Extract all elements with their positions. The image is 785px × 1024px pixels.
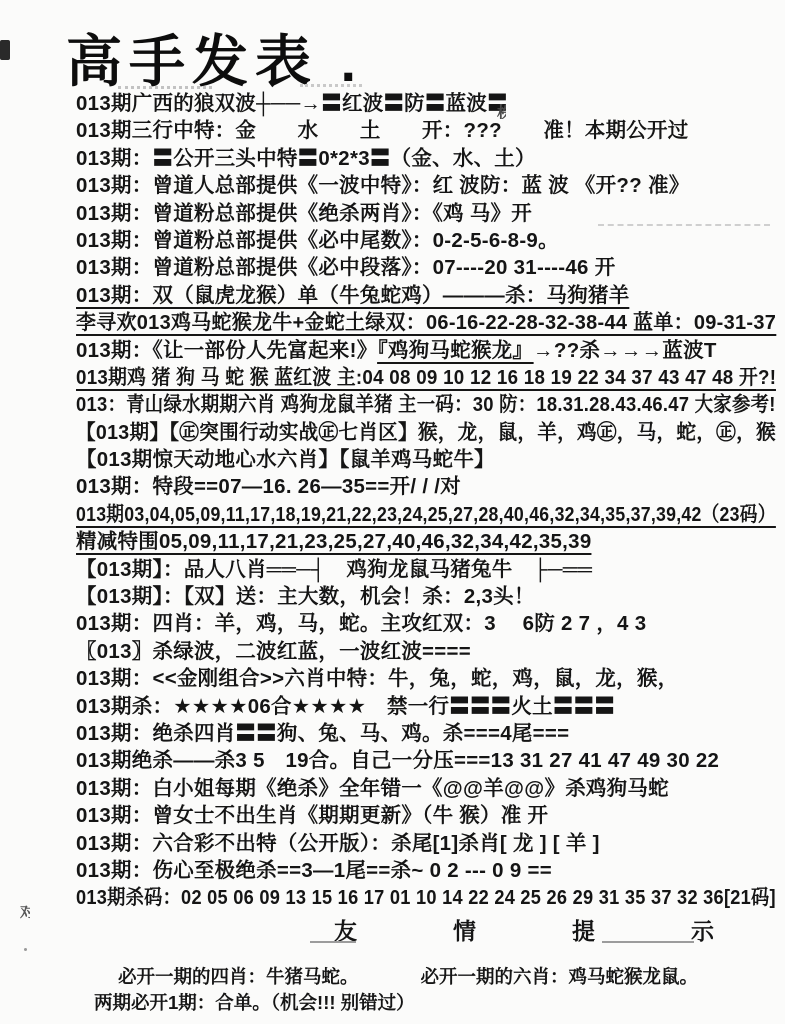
line-text: 013期：《让一部份人先富起来!》 xyxy=(76,339,377,362)
text-line: 013期：〓公开三头中特〓0*2*3〓（金、水、土） xyxy=(76,145,776,172)
note-both-periods: 两期必开1期：合单。（机会!!! 别错过） xyxy=(76,989,778,1015)
clipped-glyph-artifact: 对 xyxy=(20,901,30,920)
line-text: 013期广西的狼双波┼──→〓红波〓防〓蓝波〓 xyxy=(76,92,508,115)
text-line: 〖013〗杀绿波，二波红蓝，一波红波==== xyxy=(76,638,776,665)
text-line: 013期杀码：02 05 06 09 13 15 16 17 01 10 14 … xyxy=(76,884,699,911)
notice-row: 必开一期的四肖：牛猪马蛇。必开一期的六肖：鸡马蛇猴龙鼠。 xyxy=(76,963,778,989)
line-text: 013期：曾道粉总部提供《必中尾数》：0-2-5-6-8-9。 xyxy=(76,229,559,252)
text-line: 013期：曾道人总部提供《一波中特》：红 波防：蓝 波 《开?? 准》 xyxy=(76,172,776,199)
friendly-notice-title: 友情提示 xyxy=(76,913,778,947)
line-text: 〖013〗杀绿波，二波红蓝，一波红波==== xyxy=(76,640,471,663)
scan-speck-artifact xyxy=(24,948,27,951)
line-text: 【013期惊天动地心水六肖】【鼠羊鸡马蛇牛】 xyxy=(76,448,495,471)
scan-page: 高手发表 . 013期广西的狼双波┼──→〓红波〓防〓蓝波〓013期三行中特：金… xyxy=(0,0,785,1024)
line-text: 013：青山绿水期期六肖 鸡狗龙鼠羊猪 主一码：30 防：18.31.28.43… xyxy=(76,393,776,416)
text-line: 李寻欢013鸡马蛇猴龙牛+金蛇土绿双：06-16-22-28-32-38-44 … xyxy=(76,309,760,336)
text-line: 013期：双（鼠虎龙猴）单（牛兔蛇鸡）———杀：马狗猪羊 xyxy=(76,282,776,309)
underlined-text: 013期03,04,05,09,11,17,18,19,21,22,23,24,… xyxy=(76,503,776,528)
text-line: 013期：曾道粉总部提供《必中段落》：07----20 31----46 开 xyxy=(76,254,776,281)
text-line: 【013期】【㊣突围行动实战㊣七肖区】猴，龙，鼠，羊，鸡㊣，马，蛇，㊣，猴 xyxy=(76,419,747,446)
text-line: 013期：曾道粉总部提供《绝杀两肖》：《鸡 马》开 xyxy=(76,200,776,227)
line-text: 013期：<<金刚组合>>六肖中特：牛，兔，蛇，鸡，鼠，龙，猴， xyxy=(76,667,678,690)
page-title: 高手发表 . xyxy=(66,18,363,98)
text-line: 013期：<<金刚组合>>六肖中特：牛，兔，蛇，鸡，鼠，龙，猴， xyxy=(76,665,776,692)
line-text: 【013期】：【双】送：主大数，机会！杀：2,3头！ xyxy=(76,585,535,608)
line-text: 013期：白小姐每期《绝杀》全年错一《@@羊@@》杀鸡狗马蛇 xyxy=(76,777,669,800)
line-text: 013期杀码：02 05 06 09 13 15 16 17 01 10 14 … xyxy=(76,886,776,909)
line-text: 013期：四肖：羊，鸡，马，蛇。主攻红双：3 6防 2 7 ，4 3 xyxy=(76,612,646,635)
body-lines: 013期广西的狼双波┼──→〓红波〓防〓蓝波〓013期三行中特：金 水 土 开：… xyxy=(76,90,778,1015)
underlined-text: 精减特围05,09,11,17,21,23,25,27,40,46,32,34,… xyxy=(76,530,591,555)
line-text: 013期：六合彩不出特（公开版）：杀尾[1]杀肖[ 龙 ] [ 羊 ] xyxy=(76,832,600,855)
text-line: 013期广西的狼双波┼──→〓红波〓防〓蓝波〓 xyxy=(76,90,776,117)
underlined-text: 『鸡狗马蛇猴龙』 xyxy=(377,339,533,364)
line-text: 013期：曾道人总部提供《一波中特》：红 波防：蓝 波 《开?? 准》 xyxy=(76,174,689,197)
text-line: 013期绝杀——杀3 5 19合。自己一分压===13 31 27 41 47 … xyxy=(76,747,776,774)
underlined-text: 李寻欢013鸡马蛇猴龙牛+金蛇土绿双：06-16-22-28-32-38-44 … xyxy=(76,311,776,336)
line-text: 【013期】：品人八肖══─┤ 鸡狗龙鼠马猪兔牛 ├─══ xyxy=(76,558,592,581)
line-text: 013期：〓公开三头中特〓0*2*3〓（金、水、土） xyxy=(76,147,536,170)
text-line: 【013期】：【双】送：主大数，机会！杀：2,3头！ xyxy=(76,583,776,610)
text-line: 013期鸡 猪 狗 马 蛇 猴 蓝红波 主:04 08 09 10 12 16 … xyxy=(76,364,718,391)
text-line: 【013期】：品人八肖══─┤ 鸡狗龙鼠马猪兔牛 ├─══ xyxy=(76,556,776,583)
line-text: 013期：伤心至极绝杀==3—1尾==杀~ 0 2 --- 0 9 == xyxy=(76,859,552,882)
underlined-text: 013期：双（鼠虎龙猴）单（牛兔蛇鸡）———杀：马狗猪羊 xyxy=(76,284,629,309)
text-line: 【013期惊天动地心水六肖】【鼠羊鸡马蛇牛】 xyxy=(76,446,776,473)
line-text: 013期：绝杀四肖〓〓狗、兔、马、鸡。杀===4尾=== xyxy=(76,722,569,745)
line-text: 013期：特段==07—16. 26—35==开/ / /对 xyxy=(76,475,461,498)
line-text: 013期：曾女士不出生肖《期期更新》（牛 猴）准 开 xyxy=(76,804,548,827)
underlined-text: 013期鸡 猪 狗 马 蛇 猴 蓝红波 主:04 08 09 10 12 16 … xyxy=(76,366,776,391)
line-text: 【013期】【㊣突围行动实战㊣七肖区】猴，龙，鼠，羊，鸡㊣，马，蛇，㊣，猴 xyxy=(76,421,776,444)
line-text: 013期：曾道粉总部提供《绝杀两肖》：《鸡 马》开 xyxy=(76,202,532,225)
line-text: →??杀→→→蓝波T xyxy=(533,339,717,362)
text-line: 013期：六合彩不出特（公开版）：杀尾[1]杀肖[ 龙 ] [ 羊 ] xyxy=(76,830,776,857)
text-line: 013期三行中特：金 水 土 开：??? 准！本期公开过 xyxy=(76,117,776,144)
text-line: 精减特围05,09,11,17,21,23,25,27,40,46,32,34,… xyxy=(76,528,776,555)
text-line: 013期：白小姐每期《绝杀》全年错一《@@羊@@》杀鸡狗马蛇 xyxy=(76,775,776,802)
text-line: 013：青山绿水期期六肖 鸡狗龙鼠羊猪 主一码：30 防：18.31.28.43… xyxy=(76,391,706,418)
line-text: 013期杀：★★★★06合★★★★ 禁一行〓〓〓火土〓〓〓 xyxy=(76,695,615,718)
note-four-xiao: 必开一期的四肖：牛猪马蛇。 xyxy=(118,966,359,987)
text-line: 013期：《让一部份人先富起来!》『鸡狗马蛇猴龙』→??杀→→→蓝波T xyxy=(76,337,776,364)
text-line: 013期：曾女士不出生肖《期期更新》（牛 猴）准 开 xyxy=(76,802,776,829)
text-line: 013期：绝杀四肖〓〓狗、兔、马、鸡。杀===4尾=== xyxy=(76,720,776,747)
note-six-xiao: 必开一期的六肖：鸡马蛇猴龙鼠。 xyxy=(421,966,699,987)
text-line: 013期：四肖：羊，鸡，马，蛇。主攻红双：3 6防 2 7 ，4 3 xyxy=(76,610,776,637)
text-line: 013期：特段==07—16. 26—35==开/ / /对 xyxy=(76,473,776,500)
text-line: 013期03,04,05,09,11,17,18,19,21,22,23,24,… xyxy=(76,501,682,528)
line-text: 013期三行中特：金 水 土 开：??? 准！本期公开过 xyxy=(76,119,689,142)
text-line: 013期：曾道粉总部提供《必中尾数》：0-2-5-6-8-9。 xyxy=(76,227,776,254)
scan-smudge-icon xyxy=(0,40,10,60)
text-line: 013期杀：★★★★06合★★★★ 禁一行〓〓〓火土〓〓〓 xyxy=(76,693,776,720)
line-text: 013期绝杀——杀3 5 19合。自己一分压===13 31 27 41 47 … xyxy=(76,749,719,772)
text-line: 013期：伤心至极绝杀==3—1尾==杀~ 0 2 --- 0 9 == xyxy=(76,857,776,884)
line-text: 013期：曾道粉总部提供《必中段落》：07----20 31----46 开 xyxy=(76,256,615,279)
